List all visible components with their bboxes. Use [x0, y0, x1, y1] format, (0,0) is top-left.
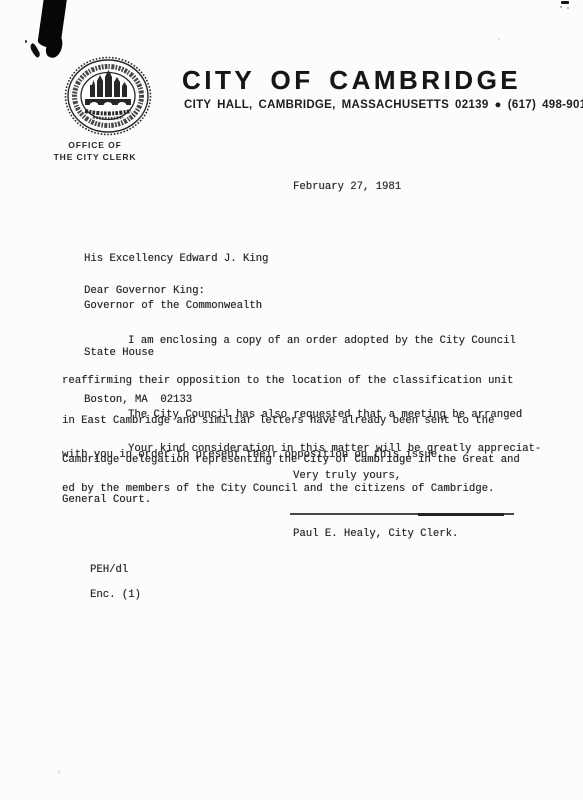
scan-speck [567, 7, 569, 9]
signature-line [290, 513, 514, 515]
scan-speck [561, 1, 569, 4]
scanned-letter-page: CITY OF CAMBRIDGE CITY HALL, CAMBRIDGE, … [0, 0, 583, 800]
enclosure-note: Enc. (1) [90, 589, 141, 602]
salutation: Dear Governor King: [84, 285, 205, 298]
signature-name: Paul E. Healy, City Clerk. [293, 528, 458, 541]
office-of-city-clerk-label: OFFICE OF THE CITY CLERK [48, 139, 142, 163]
office-line2: THE CITY CLERK [48, 151, 142, 163]
reference-initials: PEH/dl [90, 564, 128, 577]
letter-date: February 27, 1981 [293, 181, 401, 194]
body-line: ed by the members of the City Council an… [62, 483, 541, 496]
city-seal-icon [63, 55, 153, 137]
body-line: Your kind consideration in this matter w… [62, 443, 541, 456]
scan-speck [57, 770, 61, 774]
letterhead-title: CITY OF CAMBRIDGE [182, 66, 521, 94]
body-line: I am enclosing a copy of an order adopte… [62, 335, 520, 348]
scan-speck [498, 38, 500, 40]
scan-speck [25, 40, 27, 43]
scan-pen-mark [29, 42, 41, 58]
recipient-line: His Excellency Edward J. King [84, 252, 268, 268]
scan-speck [560, 6, 562, 8]
letterhead-address: CITY HALL, CAMBRIDGE, MASSACHUSETTS 0213… [184, 99, 583, 111]
closing: Very truly yours, [293, 470, 401, 483]
office-line1: OFFICE OF [48, 139, 142, 151]
